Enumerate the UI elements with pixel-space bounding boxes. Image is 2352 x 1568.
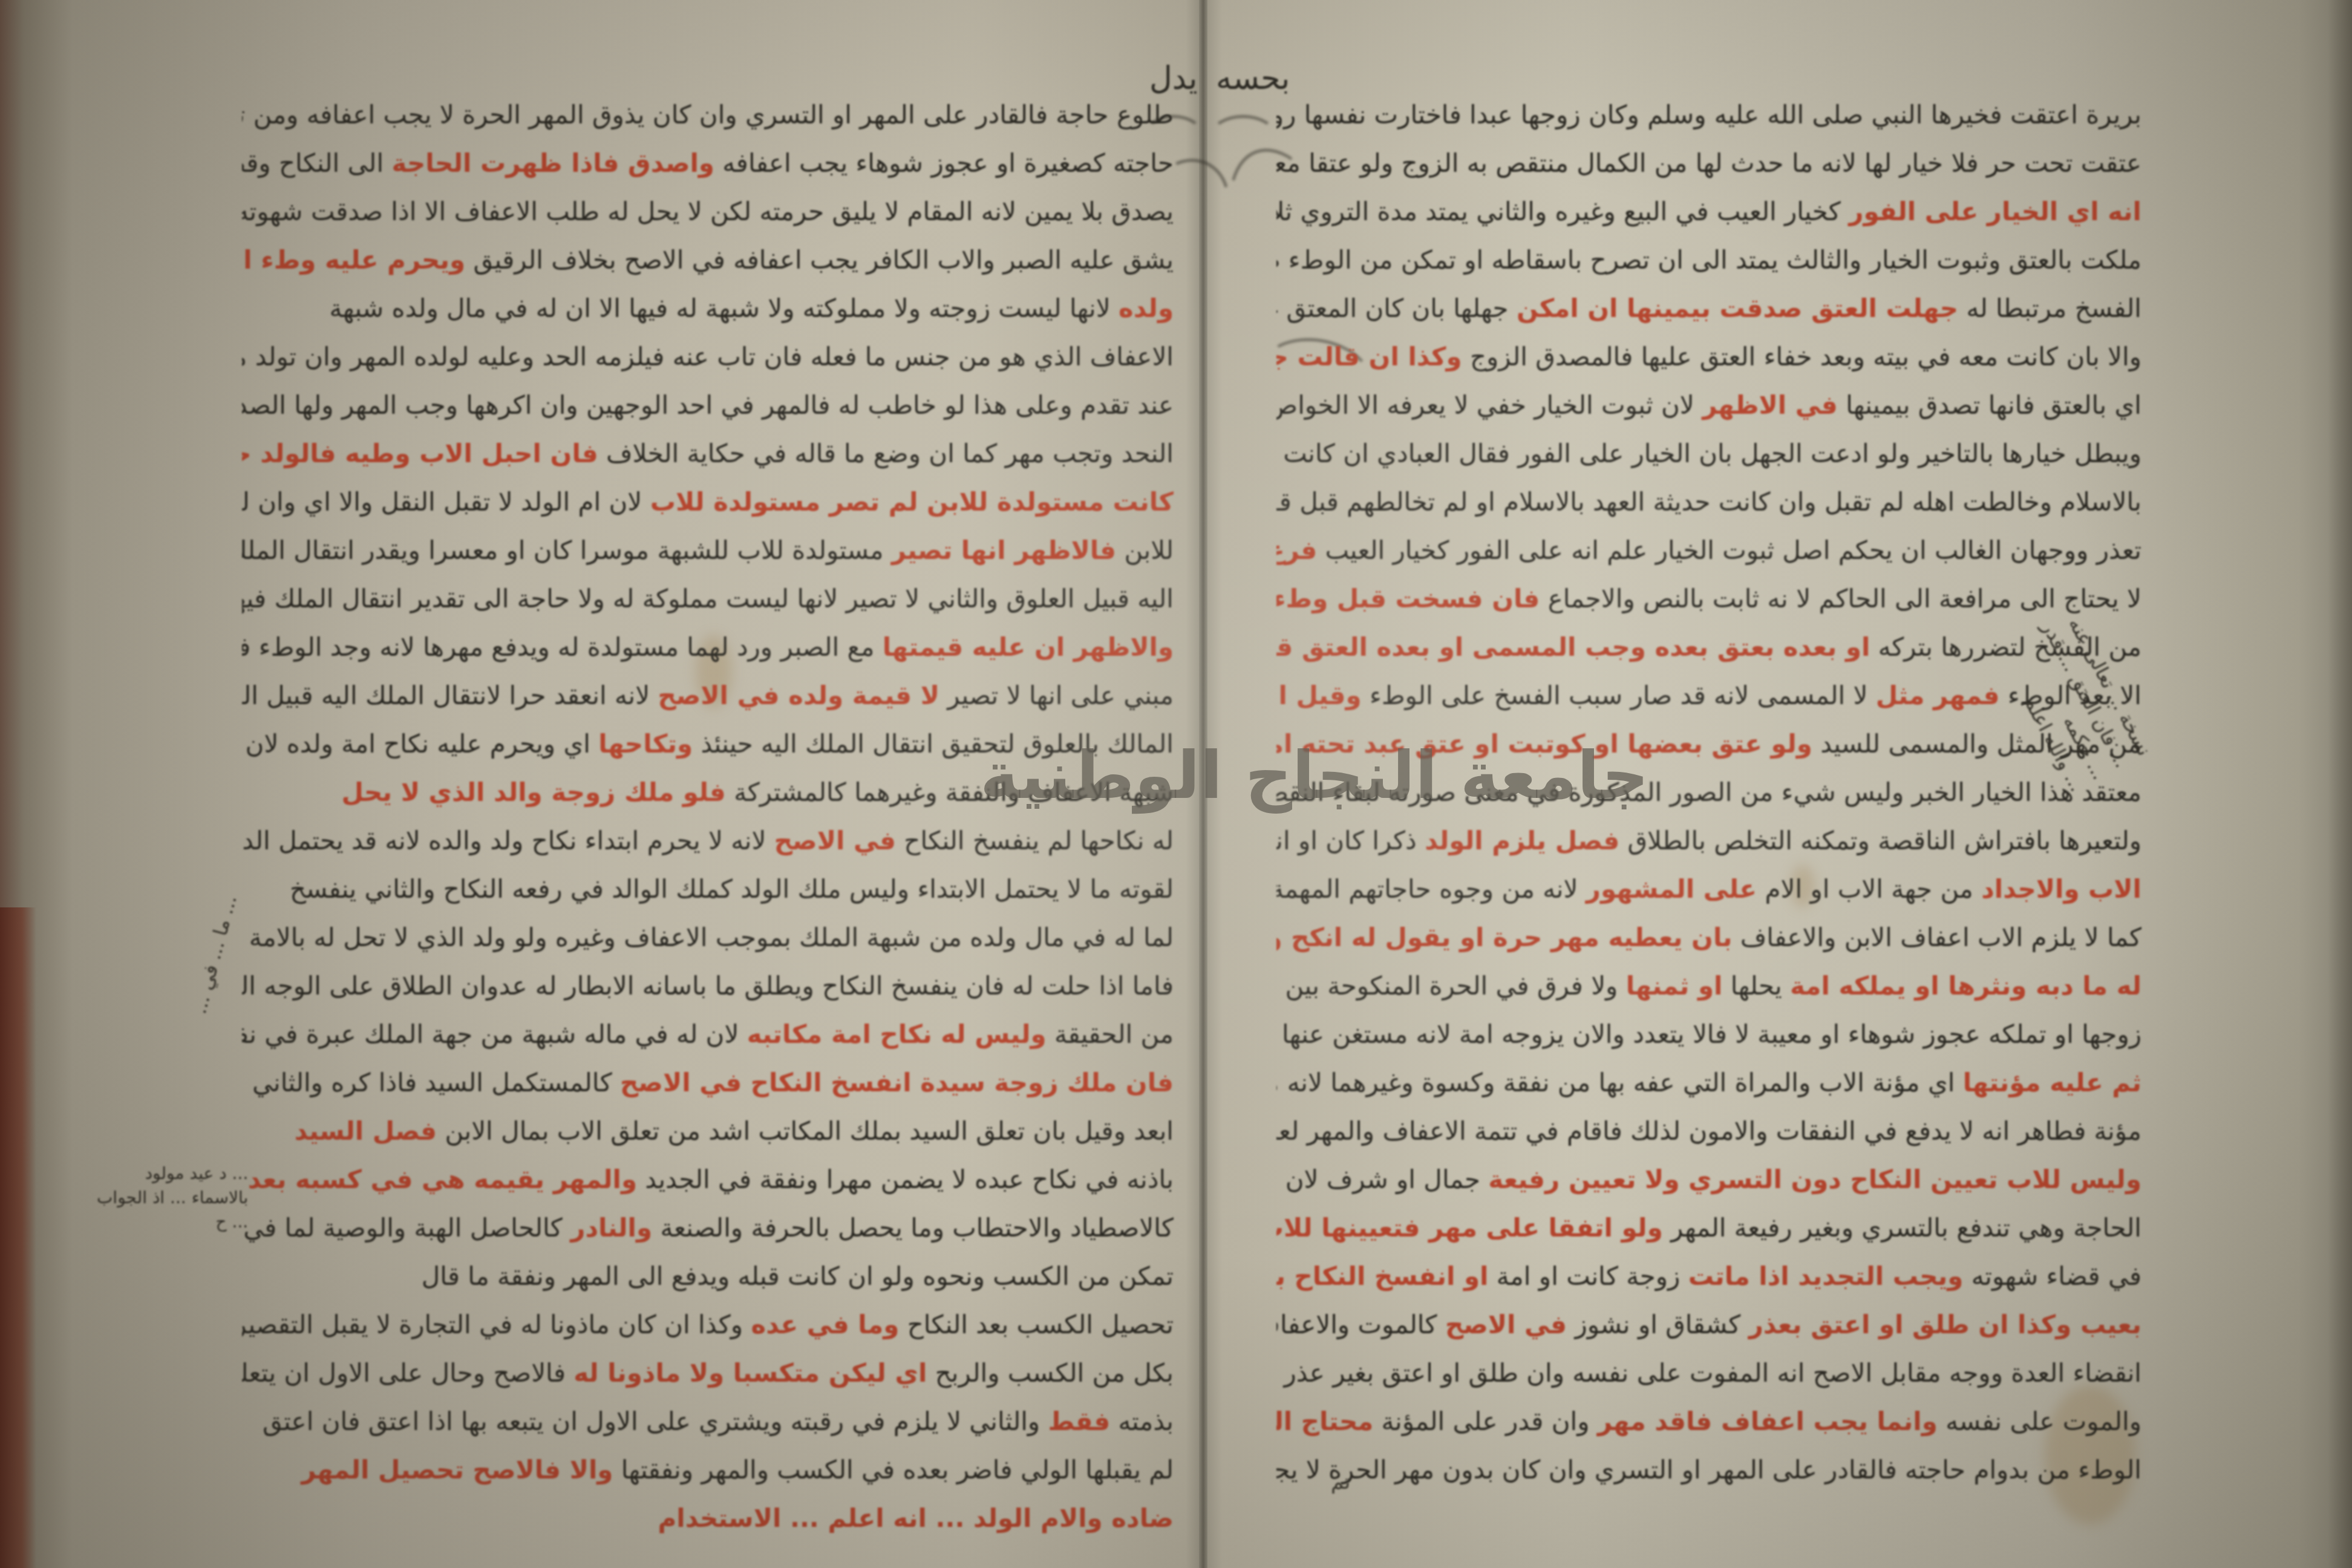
rubric-text: له ما دبه ونثرها او يملكه امة bbox=[1790, 971, 2141, 1001]
manuscript-line: لما له في مال ولده من شبهة الملك بموجب ا… bbox=[242, 913, 1174, 962]
rubric-text: ويجب التجديد اذا ماتت bbox=[1688, 1261, 1964, 1291]
rubric-text: ولده bbox=[1119, 293, 1174, 323]
rubric-text: فلو ملك زوجة والد الذي لا يحل bbox=[342, 777, 726, 807]
rubric-text: في الاظهر bbox=[1702, 390, 1838, 420]
manuscript-line: كما لا يلزم الاب اعفاف الابن والاعفاف با… bbox=[1276, 913, 2141, 962]
rubric-text: واصدق فاذا ظهرت الحاجة bbox=[391, 148, 714, 178]
manuscript-line: باذنه في نكاح عبده لا يضمن مهرا ونفقة في… bbox=[242, 1155, 1174, 1204]
manuscript-line: مؤنة فطاهر انه لا يدفع في النفقات والامو… bbox=[1276, 1107, 2141, 1155]
manuscript-line: عند تقدم وعلى هذا لو خاطب له فالمهر في ا… bbox=[242, 381, 1174, 430]
watermark-an-najah-university: جامعة النجاح الوطنية bbox=[980, 738, 1648, 814]
body-text: كخيار العيب في البيع وغيره والثاني يمتد … bbox=[1276, 197, 1841, 226]
body-text: من الحقيقة bbox=[1054, 1019, 1174, 1049]
manuscript-line: الفسخ مرتبطا له جهلت العتق صدقت بيمينها … bbox=[1276, 284, 2141, 333]
rubric-text: والاظهر ان عليه قيمتها bbox=[883, 632, 1174, 662]
body-text: جهلها بان كان المعتق غائبا عنها حين العت… bbox=[1276, 293, 1509, 323]
manuscript-line: الاب والاجداد من جهة الاب او الام على ال… bbox=[1276, 865, 2141, 913]
rubric-text: وما في عده bbox=[751, 1310, 899, 1339]
rubric-text: وكذا ان قالت جهلت الخيار bbox=[1276, 342, 1462, 371]
manuscript-line: وليس للاب تعيين النكاح دون التسري ولا تع… bbox=[1276, 1155, 2141, 1204]
rubric-text: فرع bbox=[1276, 535, 1317, 565]
body-text: يشق عليه الصبر والاب الكافر يجب اعفافه ف… bbox=[474, 245, 1174, 275]
manuscript-line: له ما دبه ونثرها او يملكه امة يحلها او ث… bbox=[1276, 962, 2141, 1010]
rubric-text: ضاده والام الولد ... انه اعلم ... الاستخ… bbox=[658, 1503, 1174, 1533]
body-text: لانه لا يحرم ابتداء نكاح ولد والده لانه … bbox=[242, 826, 766, 855]
body-text: وان قدر على المؤنة bbox=[1382, 1406, 1590, 1436]
manuscript-line: فاما اذا حلت له فان ينفسخ النكاح ويطلق م… bbox=[242, 962, 1174, 1010]
rubric-text: على المشهور bbox=[1586, 874, 1757, 904]
manuscript-line: ضاده والام الولد ... انه اعلم ... الاستخ… bbox=[242, 1494, 1174, 1543]
body-text: مع الصبر ورد لهما مستولدة له ويدفع مهرها… bbox=[242, 632, 874, 662]
body-text: ولتعيرها بافتراش الناقصة وتمكنه التخلص ب… bbox=[1628, 826, 2142, 855]
body-text: ذكرا كان او انثى bbox=[1276, 826, 1417, 855]
body-text: بالاسلام وخالطت اهله لم تقبل وان كانت حد… bbox=[1276, 487, 2141, 517]
body-text: لان له في ماله شبهة من جهة الملك عبرة في… bbox=[242, 1019, 739, 1049]
manuscript-line: تمكن من الكسب ونحوه ولو ان كانت قبله ويد… bbox=[242, 1252, 1174, 1301]
manuscript-line: ويبطل خيارها بالتاخير ولو ادعت الجهل بان… bbox=[1276, 430, 2141, 478]
body-text: عتقت تحت حر فلا خيار لها لانه ما حدث لها… bbox=[1276, 148, 2141, 178]
manuscript-line: بالاسلام وخالطت اهله لم تقبل وان كانت حد… bbox=[1276, 478, 2141, 526]
manuscript-line: لقوته ما لا يحتمل الابتداء وليس ملك الول… bbox=[242, 865, 1174, 913]
body-text: الى النكاح وقضاء الشهوة bbox=[242, 148, 384, 178]
body-text: فالاصح وحال على الاول ان يتعلق المهر bbox=[242, 1358, 566, 1388]
rubric-text: وقيل المسمى bbox=[1276, 681, 1362, 710]
rubric-text: فان احبل الاب وطيه فالولد حر نسيب bbox=[242, 439, 598, 468]
body-text: الاعفاف الذي هو من جنس ما فعله فان تاب ع… bbox=[242, 342, 1174, 371]
manuscript-line: فان ملك زوجة سيدة انفسخ النكاح في الاصح … bbox=[242, 1059, 1174, 1107]
body-text: كالاصطياد والاحتطاب وما يحصل بالحرفة وال… bbox=[660, 1213, 1174, 1243]
manuscript-line: النحد وتجب مهر كما ان وضع ما قاله في حكا… bbox=[242, 430, 1174, 478]
body-text: له نكاحها لم ينفسخ النكاح bbox=[904, 826, 1174, 855]
manuscript-line: ابعد وقيل بان تعلق السيد بملك المكاتب اش… bbox=[242, 1107, 1174, 1155]
manuscript-line: مبني على انها لا تصير لا قيمة ولده في ال… bbox=[242, 671, 1174, 720]
manuscript-line: في قضاء شهوته ويجب التجديد اذا ماتت زوجة… bbox=[1276, 1252, 2141, 1301]
manuscript-line: لم يقبلها الولي فاضر بعده في الكسب والمه… bbox=[242, 1446, 1174, 1494]
rubric-text: فان فسخت قبل وطء فلا مهر bbox=[1276, 584, 1540, 613]
body-text: لانه انعقد حرا لانتقال الملك اليه قبيل ا… bbox=[242, 681, 650, 710]
rubric-text: فصل السيد bbox=[295, 1116, 437, 1146]
body-text: بريرة اعتقت فخيرها النبي صلى الله عليه و… bbox=[1276, 100, 2141, 129]
body-text: بكل من الكسب والربح bbox=[935, 1358, 1174, 1388]
body-text: تمكن من الكسب ونحوه ولو ان كانت قبله ويد… bbox=[422, 1261, 1174, 1291]
body-text: كالمستكمل السيد فاذا كره والثاني لا لقيم… bbox=[242, 1068, 612, 1097]
manuscript-line: الوطء من بدوام حاجته فالقادر على المهر ا… bbox=[1276, 1446, 2141, 1494]
rubric-text: فان ملك زوجة سيدة انفسخ النكاح في الاصح bbox=[620, 1068, 1174, 1097]
body-text: من جهة الاب او الام bbox=[1765, 874, 1973, 904]
body-text: في قضاء شهوته bbox=[1971, 1261, 2141, 1291]
left-page-text-block: طلوع حاجة فالقادر على المهر او التسري وا… bbox=[242, 91, 1174, 1543]
body-text: ابعد وقيل بان تعلق السيد بملك المكاتب اش… bbox=[445, 1116, 1174, 1146]
manuscript-line: لا يحتاج الى مرافعة الى الحاكم لا نه ثاب… bbox=[1276, 575, 2141, 623]
rubric-text: انه اي الخيار على الفور bbox=[1849, 197, 2141, 226]
page-edge-right bbox=[2328, 0, 2352, 1568]
manuscript-line: من الحقيقة وليس له نكاح امة مكاتبه لان ل… bbox=[242, 1010, 1174, 1059]
marginal-note-line: بالاسماء ... اذ الجواب bbox=[97, 1186, 248, 1210]
manuscript-line: بذمته فقط والثاني لا يلزم في رقبته ويشتر… bbox=[242, 1397, 1174, 1446]
rubric-text: والنادر bbox=[570, 1213, 652, 1243]
manuscript-line: ملكت بالعتق وثبوت الخيار والثالث يمتد ال… bbox=[1276, 236, 2141, 284]
manuscript-line: ثم عليه مؤنتها اي مؤنة الاب والمراة التي… bbox=[1276, 1059, 2141, 1107]
rubric-text: فمهر مثل bbox=[1876, 681, 2000, 710]
manuscript-line: تحصيل الكسب بعد النكاح وما في عده وكذا ا… bbox=[242, 1301, 1174, 1349]
body-text: والا بان كانت معه في بيته وبعد خفاء العت… bbox=[1470, 342, 2141, 371]
body-text: وكذا ان كان ماذونا له في التجارة لا يقبل… bbox=[242, 1310, 743, 1339]
manuscript-line: الاعفاف الذي هو من جنس ما فعله فان تاب ع… bbox=[242, 333, 1174, 381]
body-text: اي مؤنة الاب والمراة التي عفه بها من نفق… bbox=[1276, 1068, 1955, 1097]
body-text: حاجته كصغيرة او عجوز شوهاء يجب اعفافه bbox=[722, 148, 1174, 178]
rubric-text: بان يعطيه مهر حرة او يقول له انكح واعطيك… bbox=[1276, 923, 1732, 952]
body-text: بذمته bbox=[1119, 1406, 1174, 1436]
rubric-text: او بعده بعتق بعده وجب المسمى او بعده الع… bbox=[1276, 632, 1870, 662]
body-text: فاما اذا حلت له فان ينفسخ النكاح ويطلق م… bbox=[242, 971, 1174, 1001]
rubric-text: جهلت العتق صدقت بيمينها ان امكن bbox=[1517, 293, 1958, 323]
body-text: والموت على نفسه bbox=[1945, 1406, 2141, 1436]
body-text: جمال او شرف لان المقصود دفع bbox=[1276, 1165, 1480, 1194]
rubric-text: والمهر يقيمه هي في كسبه بعد النكاح المعت… bbox=[242, 1165, 637, 1194]
manuscript-line: تعذر ووجهان الغالب ان يحكم اصل ثبوت الخي… bbox=[1276, 526, 2141, 575]
body-text: لان ثبوت الخيار خفي لا يعرفه الا الخواص … bbox=[1276, 390, 1694, 420]
body-text: لقوته ما لا يحتمل الابتداء وليس ملك الول… bbox=[290, 874, 1174, 904]
body-text: كالحاصل الهبة والوصية لما في ذلك bbox=[242, 1213, 563, 1243]
manuscript-line: اليه قبيل العلوق والثاني لا تصير لانها ل… bbox=[242, 575, 1174, 623]
rubric-text: وليس للاب تعيين النكاح دون التسري ولا تع… bbox=[1488, 1165, 2141, 1194]
rubric-text: والا فالاصح تحصيل المهر bbox=[301, 1455, 613, 1485]
rubric-text: في الاصح bbox=[774, 826, 896, 855]
rubric-text: لا قيمة ولده في الاصح bbox=[658, 681, 939, 710]
manuscript-line: ولتعيرها بافتراش الناقصة وتمكنه التخلص ب… bbox=[1276, 817, 2141, 865]
body-text: كما لا يلزم الاب اعفاف الابن والاعفاف bbox=[1740, 923, 2141, 952]
marginal-note-left-bottom: ... د عيد مولود بالاسماء ... اذ الجواب .… bbox=[97, 1161, 248, 1234]
manuscript-line: طلوع حاجة فالقادر على المهر او التسري وا… bbox=[242, 91, 1174, 139]
body-text: مستولدة للاب للشبهة موسرا كان او معسرا و… bbox=[242, 535, 883, 565]
body-text: مؤنة فطاهر انه لا يدفع في النفقات والامو… bbox=[1276, 1116, 2141, 1146]
body-text: اي بالعتق فانها تصدق بيمينها bbox=[1846, 390, 2141, 420]
manuscript-line: والاظهر ان عليه قيمتها مع الصبر ورد لهما… bbox=[242, 623, 1174, 671]
manuscript-line: ولده لانها ليست زوجته ولا مملوكته ولا شب… bbox=[242, 284, 1174, 333]
manuscript-line: كانت مستولدة للابن لم تصر مستولدة للاب ل… bbox=[242, 478, 1174, 526]
manuscript-line: والا بان كانت معه في بيته وبعد خفاء العت… bbox=[1276, 333, 2141, 381]
body-text: طلوع حاجة فالقادر على المهر او التسري وا… bbox=[242, 100, 1174, 129]
manuscript-line: بريرة اعتقت فخيرها النبي صلى الله عليه و… bbox=[1276, 91, 2141, 139]
body-text: انقضاء العدة ووجه مقابل الاصح انه المفوت… bbox=[1276, 1358, 2141, 1388]
body-text: الفسخ مرتبطا له bbox=[1966, 293, 2141, 323]
manuscript-line: يصدق بلا يمين لانه المقام لا يليق حرمته … bbox=[242, 188, 1174, 236]
rubric-text: او ثمنها bbox=[1626, 971, 1723, 1001]
body-text: الوطء من بدوام حاجته فالقادر على المهر ا… bbox=[1276, 1455, 2141, 1485]
manuscript-line: حاجته كصغيرة او عجوز شوهاء يجب اعفافه وا… bbox=[242, 139, 1174, 188]
rubric-text: بعيب وكذا ان طلق او اعتق بعذر bbox=[1749, 1310, 2141, 1339]
manuscript-line: عتقت تحت حر فلا خيار لها لانه ما حدث لها… bbox=[1276, 139, 2141, 188]
binding-edge-left bbox=[0, 907, 36, 1568]
body-text: والثاني لا يلزم في رقبته ويشتري على الاو… bbox=[263, 1406, 1040, 1436]
body-text: لا يحتاج الى مرافعة الى الحاكم لا نه ثاب… bbox=[1548, 584, 2141, 613]
body-text: عند تقدم وعلى هذا لو خاطب له فالمهر في ا… bbox=[242, 390, 1174, 420]
rubric-text: الاب والاجداد bbox=[1981, 874, 2141, 904]
rubric-text: فقط bbox=[1048, 1406, 1111, 1436]
manuscript-line: انقضاء العدة ووجه مقابل الاصح انه المفوت… bbox=[1276, 1349, 2141, 1397]
rubric-text: ويحرم عليه وطء امة bbox=[242, 245, 465, 275]
rubric-text: فالاظهر انها تصير bbox=[892, 535, 1116, 565]
rubric-text: كانت مستولدة للابن لم تصر مستولدة للاب bbox=[650, 487, 1174, 517]
manuscript-spread: يدل بحسه طلوع حاجة فالقادر على المهر او … bbox=[0, 0, 2352, 1568]
manuscript-line: بكل من الكسب والربح اي ليكن متكسبا ولا م… bbox=[242, 1349, 1174, 1397]
body-text: لان ام الولد لا تقبل النقل والا اي وان ل… bbox=[242, 487, 642, 517]
body-text: لانها ليست زوجته ولا مملوكته ولا شبهة له… bbox=[330, 293, 1111, 323]
marginal-note-left-vertical: ... ما ... في ... bbox=[188, 893, 241, 1016]
rubric-text: وليس له نكاح امة مكاتبه bbox=[747, 1019, 1047, 1049]
body-text: اي ويحرم عليه نكاح امة ولده لان كامه bbox=[242, 729, 590, 759]
body-text: لما له في مال ولده من شبهة الملك بموجب ا… bbox=[242, 923, 1174, 952]
body-text: زوجها او تملكه عجوز شوهاء او معيبة لا فا… bbox=[1276, 1019, 2141, 1049]
body-text: ملكت بالعتق وثبوت الخيار والثالث يمتد ال… bbox=[1276, 245, 2141, 275]
body-text: مبني على انها لا تصير bbox=[947, 681, 1174, 710]
body-text: تعذر ووجهان الغالب ان يحكم اصل ثبوت الخي… bbox=[1325, 535, 2141, 565]
manuscript-line: الحاجة وهي تندفع بالتسري وبغير رفيعة الم… bbox=[1276, 1204, 2141, 1252]
body-text: باذنه في نكاح عبده لا يضمن مهرا ونفقة في… bbox=[645, 1165, 1174, 1194]
body-text: لا المسمى لانه قد صار سبب الفسخ على الوط… bbox=[1370, 681, 1867, 710]
manuscript-line: يشق عليه الصبر والاب الكافر يجب اعفافه ف… bbox=[242, 236, 1174, 284]
rubric-text: ثم عليه مؤنتها bbox=[1963, 1068, 2141, 1097]
body-text: ويبطل خيارها بالتاخير ولو ادعت الجهل بان… bbox=[1276, 439, 2141, 468]
body-text: يحلها bbox=[1731, 971, 1782, 1001]
body-text: زوجة كانت او امة bbox=[1497, 1261, 1680, 1291]
manuscript-line: له نكاحها لم ينفسخ النكاح في الاصح لانه … bbox=[242, 817, 1174, 865]
body-text: تحصيل الكسب بعد النكاح bbox=[907, 1310, 1174, 1339]
marginal-note-line: ... د عيد مولود bbox=[97, 1161, 248, 1186]
manuscript-line: اي بالعتق فانها تصدق بيمينها في الاظهر ل… bbox=[1276, 381, 2141, 430]
manuscript-line: كالاصطياد والاحتطاب وما يحصل بالحرفة وال… bbox=[242, 1204, 1174, 1252]
manuscript-line: للابن فالاظهر انها تصير مستولدة للاب للش… bbox=[242, 526, 1174, 575]
rubric-text: ولو اتفقا على مهر فتعيينها للاب bbox=[1276, 1213, 1663, 1243]
body-text: لم يقبلها الولي فاضر بعده في الكسب والمه… bbox=[621, 1455, 1174, 1485]
folio-mark: تم bbox=[1331, 1470, 1350, 1494]
rubric-text: وانما يجب اعفاف فاقد مهر bbox=[1598, 1406, 1938, 1436]
manuscript-line: والموت على نفسه وانما يجب اعفاف فاقد مهر… bbox=[1276, 1397, 2141, 1446]
rubric-text: وتكاحها bbox=[598, 729, 693, 759]
manuscript-line: انه اي الخيار على الفور كخيار العيب في ا… bbox=[1276, 188, 2141, 236]
manuscript-line: بعيب وكذا ان طلق او اعتق بعذر كشقاق او ن… bbox=[1276, 1301, 2141, 1349]
rubric-text: او انفسخ النكاح بردة bbox=[1276, 1261, 1488, 1291]
body-text: الحاجة وهي تندفع بالتسري وبغير رفيعة الم… bbox=[1671, 1213, 2141, 1243]
body-text: يصدق بلا يمين لانه المقام لا يليق حرمته … bbox=[242, 197, 1174, 226]
rubric-text: في الاصح bbox=[1445, 1310, 1567, 1339]
body-text: اليه قبيل العلوق والثاني لا تصير لانها ل… bbox=[242, 584, 1174, 613]
body-text: كشقاق او نشوز bbox=[1575, 1310, 1740, 1339]
manuscript-line: زوجها او تملكه عجوز شوهاء او معيبة لا فا… bbox=[1276, 1010, 2141, 1059]
body-text: كالموت والاعفاف التجديد لانه رجوعي الاعف… bbox=[1276, 1310, 1437, 1339]
rubric-text: محتاج الى نكاح bbox=[1276, 1406, 1373, 1436]
body-text: للابن bbox=[1124, 535, 1174, 565]
rubric-text: فصل يلزم الولد bbox=[1425, 826, 1619, 855]
body-text: لانه من وجوه حاجاتهم المهمة كالنفقة والك… bbox=[1276, 874, 1578, 904]
body-text: ولا فرق في الحرة المنكوحة بين المسلمة وا… bbox=[1276, 971, 1618, 1001]
body-text: النحد وتجب مهر كما ان وضع ما قاله في حكا… bbox=[606, 439, 1174, 468]
rubric-text: اي ليكن متكسبا ولا ماذونا له bbox=[573, 1358, 927, 1388]
marginal-note-line: ... ح bbox=[97, 1210, 248, 1234]
